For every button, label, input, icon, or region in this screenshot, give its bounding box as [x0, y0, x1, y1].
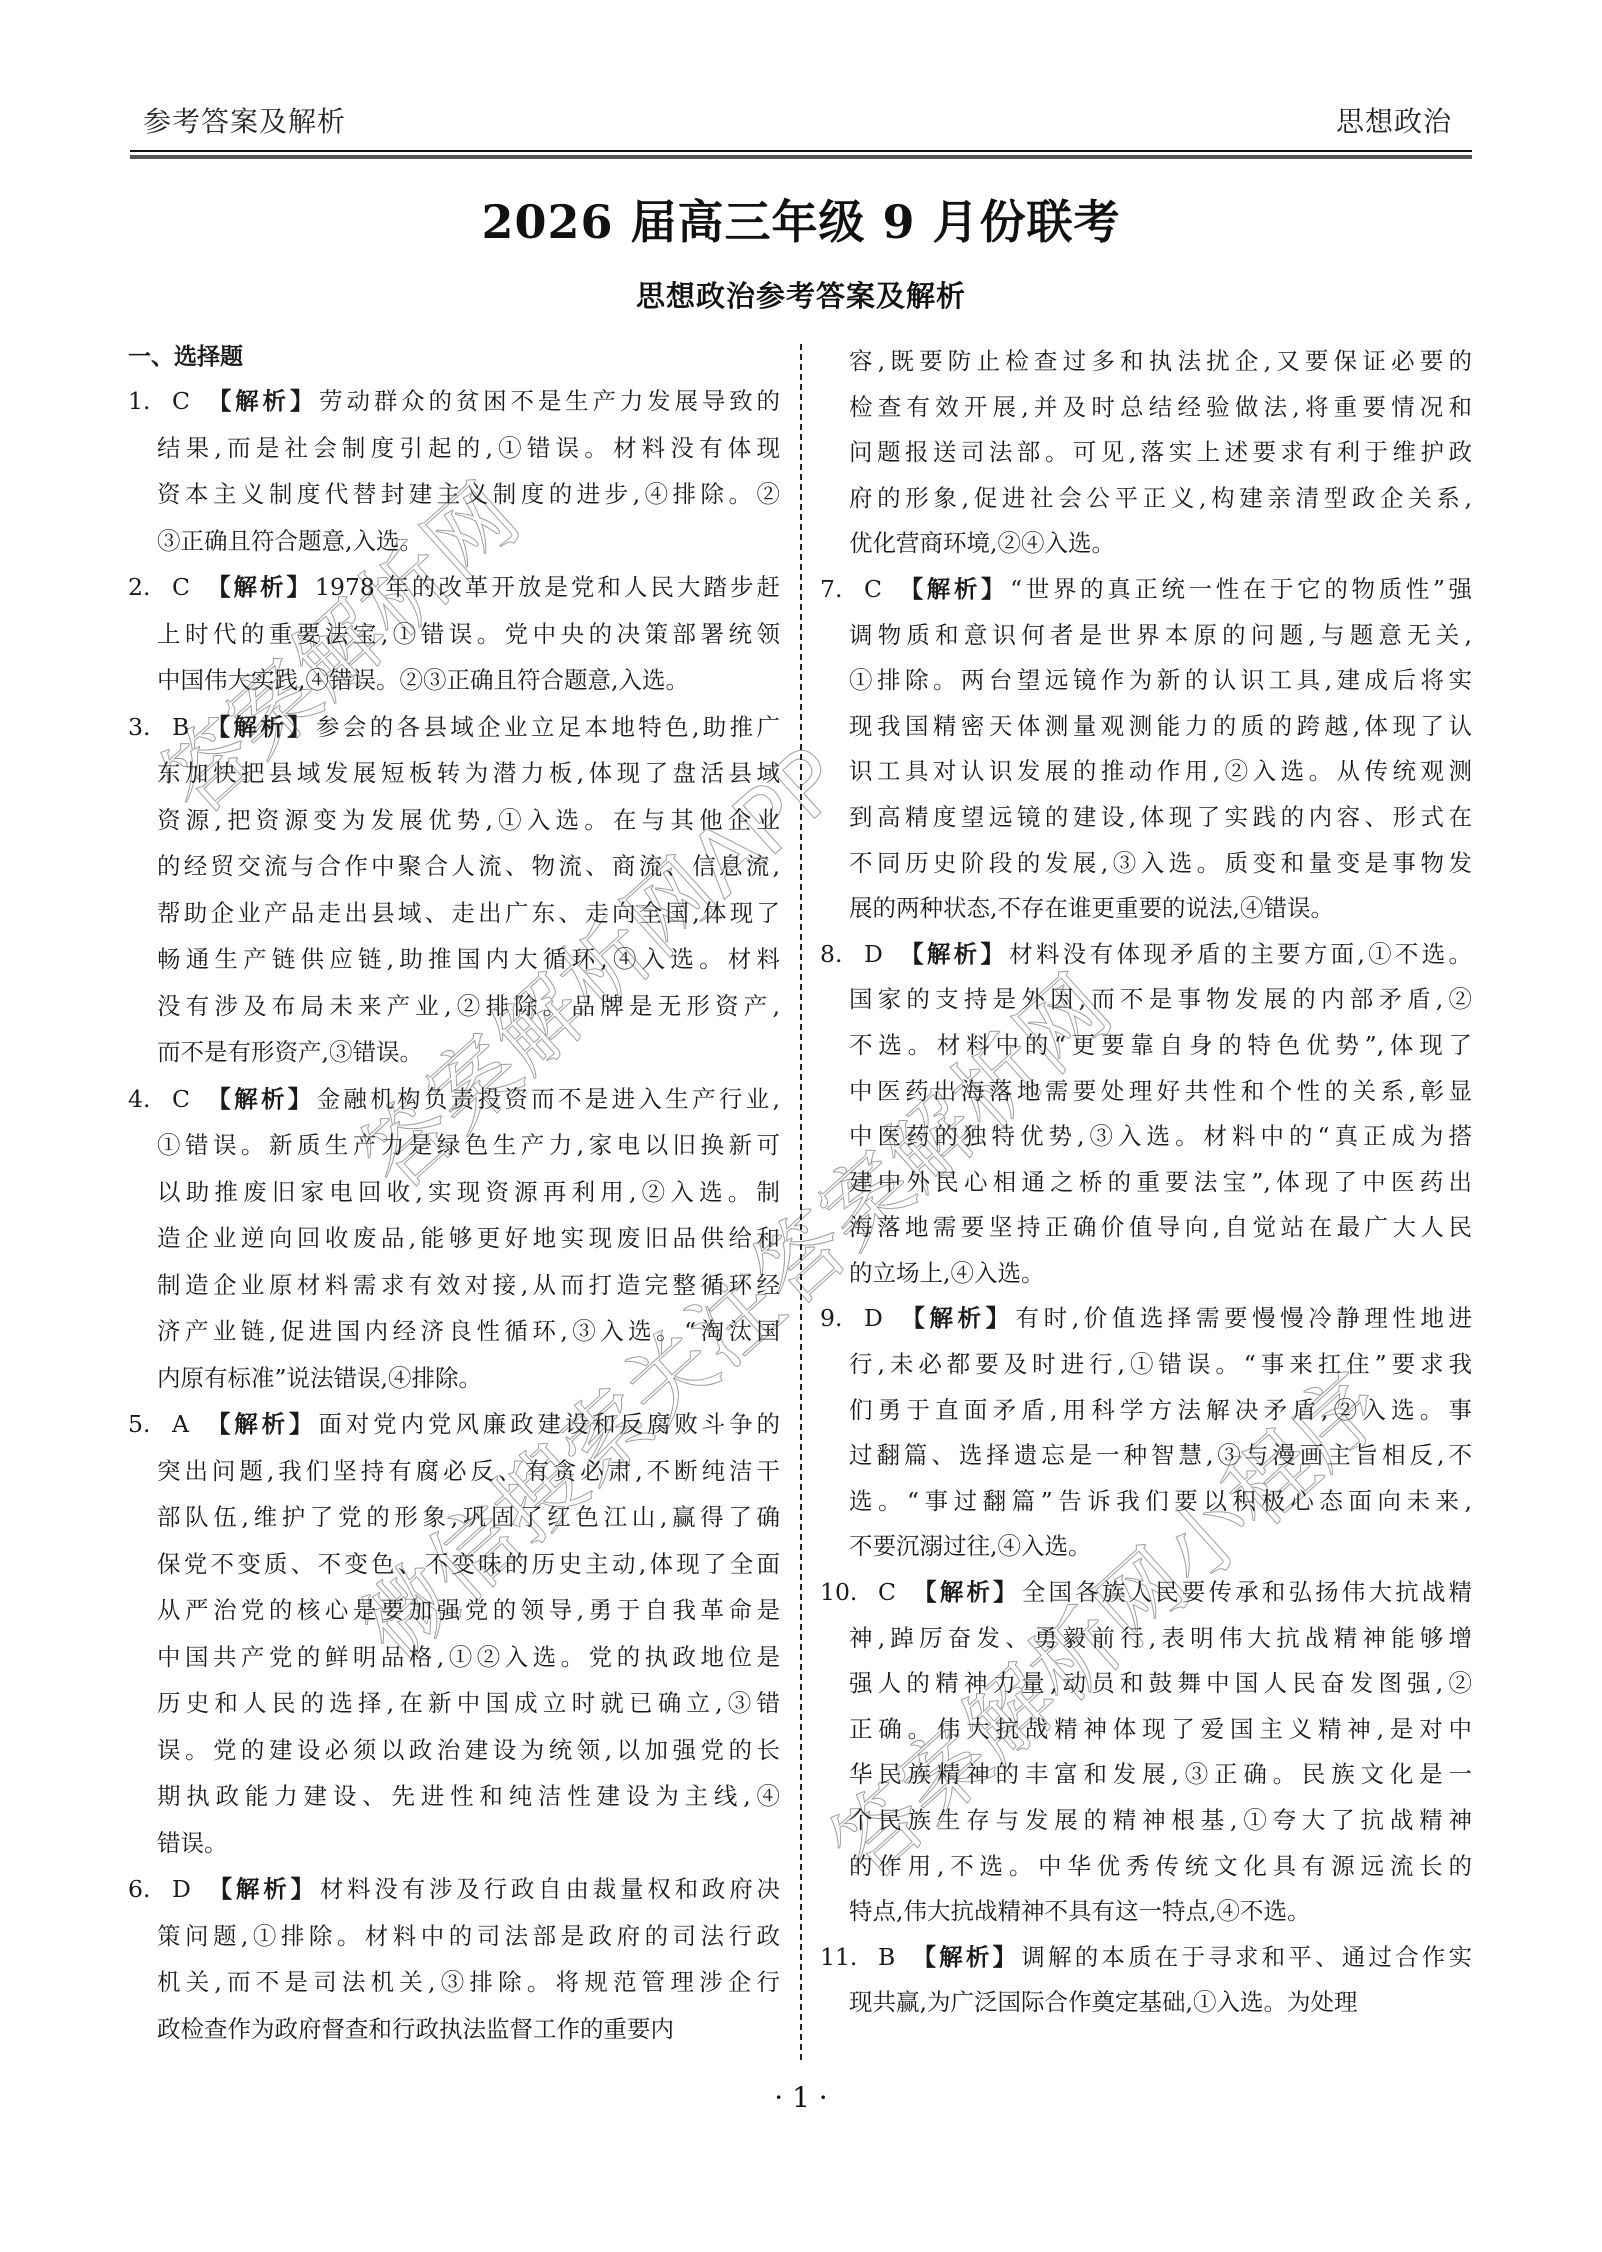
question-number: 1.	[128, 378, 172, 425]
line-text: 识工具对认识发展的推动作用,②入选。从传统观测	[849, 757, 1472, 785]
line-text: 的作用,不选。中华优秀传统文化具有源远流长的	[849, 1852, 1472, 1880]
analysis-tag: 【解析】	[897, 1304, 1014, 1332]
analysis-tag: 【解析】	[205, 1875, 318, 1903]
text-line: 以助推废旧家电回收,实现资源再利用,②入选。制	[128, 1169, 780, 1216]
analysis-tag: 【解析】	[910, 1578, 1020, 1606]
text-line: 错误。	[128, 1820, 780, 1867]
answer-letter: B	[172, 713, 189, 741]
line-text: 行,未必都要及时进行,①错误。“事来扛住”要求我	[849, 1350, 1472, 1378]
text-line: 过翻篇、选择遗忘是一种智慧,③与漫画主旨相反,不	[820, 1433, 1472, 1479]
text-line: 选。“事过翻篇”告诉我们要以积极心态面向未来,	[820, 1479, 1472, 1525]
line-text: 济产业链,促进国内经济良性循环,③入选。“淘汰国	[157, 1317, 780, 1345]
line-text: 不要沉溺过往,④入选。	[849, 1532, 1091, 1560]
answer-item: 1.C【解析】劳动群众的贫困不是生产力发展导致的结果,而是社会制度引起的,①错误…	[128, 378, 780, 564]
line-text: 期执政能力建设、先进性和纯洁性建设为主线,④	[157, 1782, 780, 1810]
question-number: 8.	[820, 932, 864, 978]
text-line: 不同历史阶段的发展,③入选。质变和量变是事物发	[820, 841, 1472, 887]
answer-letter: D	[172, 1875, 191, 1903]
analysis-tag: 【解析】	[896, 575, 1008, 603]
section-heading: 一、选择题	[128, 336, 780, 378]
line-text: 材料没有体现矛盾的主要方面,①不选。	[1009, 940, 1472, 968]
line-text: 选。“事过翻篇”告诉我们要以积极心态面向未来,	[849, 1487, 1472, 1515]
line-text: 历史和人民的选择,在新中国成立时就已确立,③错	[157, 1689, 780, 1717]
answer-item: 11.B【解析】调解的本质在于寻求和平、通过合作实现共赢,为广泛国际合作奠定基础…	[820, 1935, 1472, 2026]
text-line: 特点,伟大抗战精神不具有这一特点,④不选。	[820, 1889, 1472, 1935]
line-text: 而不是有形资产,③错误。	[157, 1038, 423, 1066]
text-line: 识工具对认识发展的推动作用,②入选。从传统观测	[820, 749, 1472, 795]
text-line: 保党不变质、不变色、不变味的历史主动,体现了全面	[128, 1541, 780, 1588]
text-line: 们勇于直面矛盾,用科学方法解决矛盾,②入选。事	[820, 1388, 1472, 1434]
text-line: 结果,而是社会制度引起的,①错误。材料没有体现	[128, 425, 780, 472]
text-line: 中医药出海落地需要处理好共性和个性的关系,彰显	[820, 1069, 1472, 1115]
text-line: 造企业逆向回收废品,能够更好地实现废旧品供给和	[128, 1215, 780, 1262]
line-text: 调物质和意识何者是世界本原的问题,与题意无关,	[849, 621, 1472, 649]
question-number: 7.	[820, 567, 864, 613]
text-line: 帮助企业产品走出县域、走出广东、走向全国,体现了	[128, 890, 780, 937]
line-text: 帮助企业产品走出县域、走出广东、走向全国,体现了	[157, 899, 780, 927]
line-text: 中医药的独特优势,③入选。材料中的“真正成为搭	[849, 1122, 1472, 1150]
header-rule-thick	[130, 155, 1472, 159]
text-line: 华民族精神的丰富和发展,③正确。民族文化是一	[820, 1752, 1472, 1798]
line-text: 金融机构负责投资而不是进入生产行业,	[317, 1085, 780, 1113]
question-number: 3.	[128, 704, 172, 751]
question-number: 2.	[128, 564, 172, 611]
text-line: 问题报送司法部。可见,落实上述要求有利于维护政	[820, 430, 1472, 476]
text-line: 现我国精密天体测量观测能力的质的跨越,体现了认	[820, 704, 1472, 750]
answer-letter: C	[172, 1085, 190, 1113]
text-line: 济产业链,促进国内经济良性循环,③入选。“淘汰国	[128, 1308, 780, 1355]
answer-item: 4.C【解析】金融机构负责投资而不是进入生产行业,①错误。新质生产力是绿色生产力…	[128, 1076, 780, 1402]
line-text: 调解的本质在于寻求和平、通过合作实	[1021, 1943, 1472, 1971]
answer-item: 5.A【解析】面对党内党风廉政建设和反腐败斗争的突出问题,我们坚持有腐必反、有贪…	[128, 1401, 780, 1866]
line-text: 不选。材料中的“更要靠自身的特色优势”,体现了	[849, 1031, 1472, 1059]
line-text: 有时,价值选择需要慢慢冷静理性地进	[1016, 1304, 1472, 1332]
text-line: 期执政能力建设、先进性和纯洁性建设为主线,④	[128, 1773, 780, 1820]
text-line: 从严治党的核心是要加强党的领导,勇于自我革命是	[128, 1587, 780, 1634]
text-line: 正确。伟大抗战精神体现了爱国主义精神,是对中	[820, 1707, 1472, 1753]
line-text: 材料没有涉及行政自由裁量权和政府决	[320, 1875, 780, 1903]
analysis-tag: 【解析】	[204, 573, 313, 601]
line-text: 机关,而不是司法机关,③排除。将规范管理涉企行	[157, 1968, 780, 1996]
text-line: 府的形象,促进社会公平正义,构建亲清型政企关系,	[820, 476, 1472, 522]
line-text: 海落地需要坚持正确价值导向,自觉站在最广大人民	[849, 1213, 1472, 1241]
text-line: 政检查作为政府督查和行政执法监督工作的重要内	[128, 2006, 780, 2053]
text-line: 历史和人民的选择,在新中国成立时就已确立,③错	[128, 1680, 780, 1727]
question-number: 9.	[820, 1296, 864, 1342]
text-line: 4.C【解析】金融机构负责投资而不是进入生产行业,	[128, 1076, 780, 1123]
answer-letter: D	[864, 940, 883, 968]
line-text: 1978 年的改革开放是党和人民大踏步赶	[315, 573, 780, 601]
answer-item-continuation: 容,既要防止检查过多和执法扰企,又要保证必要的检查有效开展,并及时总结经验做法,…	[820, 339, 1472, 567]
answer-item: 3.B【解析】参会的各县域企业立足本地特色,助推广东加快把县域发展短板转为潜力板…	[128, 704, 780, 1076]
line-text: 没有涉及布局未来产业,②排除。品牌是无形资产,	[157, 992, 780, 1020]
question-number: 10.	[820, 1570, 878, 1616]
line-text: 现共赢,为广泛国际合作奠定基础,①入选。为处理	[849, 1988, 1357, 2016]
answer-letter: B	[878, 1943, 895, 1971]
answer-letter: D	[864, 1304, 883, 1332]
answer-item: 9.D【解析】有时,价值选择需要慢慢冷静理性地进行,未必都要及时进行,①错误。“…	[820, 1296, 1472, 1570]
running-header-right: 思想政治	[1336, 104, 1452, 140]
text-line: 9.D【解析】有时,价值选择需要慢慢冷静理性地进	[820, 1296, 1472, 1342]
text-line: 内原有标准”说法错误,④排除。	[128, 1355, 780, 1402]
line-text: 检查有效开展,并及时总结经验做法,将重要情况和	[849, 393, 1472, 421]
line-text: 参会的各县域企业立足本地特色,助推广	[316, 713, 780, 741]
line-text: 保党不变质、不变色、不变味的历史主动,体现了全面	[157, 1550, 780, 1578]
line-text: 以助推废旧家电回收,实现资源再利用,②入选。制	[157, 1178, 780, 1206]
text-line: 误。党的建设必须以政治建设为统领,以加强党的长	[128, 1727, 780, 1774]
text-line: 中医药的独特优势,③入选。材料中的“真正成为搭	[820, 1114, 1472, 1160]
text-line: 海落地需要坚持正确价值导向,自觉站在最广大人民	[820, 1205, 1472, 1251]
line-text: 建中外民心相通之桥的重要法宝”,体现了中医药出	[849, 1168, 1472, 1196]
left-column: 一、选择题 1.C【解析】劳动群众的贫困不是生产力发展导致的结果,而是社会制度引…	[128, 336, 780, 2052]
line-text: 从严治党的核心是要加强党的领导,勇于自我革命是	[157, 1596, 780, 1624]
answer-item: 8.D【解析】材料没有体现矛盾的主要方面,①不选。国家的支持是外因,而不是事物发…	[820, 932, 1472, 1297]
line-text: 上时代的重要法宝,①错误。党中央的决策部署统领	[157, 620, 780, 648]
line-text: 现我国精密天体测量观测能力的质的跨越,体现了认	[849, 712, 1472, 740]
analysis-tag: 【解析】	[897, 940, 1007, 968]
text-line: 不选。材料中的“更要靠自身的特色优势”,体现了	[820, 1023, 1472, 1069]
text-line: 容,既要防止检查过多和执法扰企,又要保证必要的	[820, 339, 1472, 385]
line-text: 不同历史阶段的发展,③入选。质变和量变是事物发	[849, 849, 1472, 877]
line-text: 面对党内党风廉政建设和反腐败斗争的	[318, 1410, 780, 1438]
line-text: 全国各族人民要传承和弘扬伟大抗战精	[1022, 1578, 1472, 1606]
line-text: “世界的真正统一性在于它的物质性”强	[1010, 575, 1472, 603]
line-text: 部队伍,维护了党的形象,巩固了红色江山,赢得了确	[157, 1503, 780, 1531]
text-line: 6.D【解析】材料没有涉及行政自由裁量权和政府决	[128, 1866, 780, 1913]
text-line: 不要沉溺过往,④入选。	[820, 1524, 1472, 1570]
text-line: 资源,把资源变为发展优势,①入选。在与其他企业	[128, 797, 780, 844]
line-text: 造企业逆向回收废品,能够更好地实现废旧品供给和	[157, 1224, 780, 1252]
text-line: 8.D【解析】材料没有体现矛盾的主要方面,①不选。	[820, 932, 1472, 978]
line-text: 到高精度望远镜的建设,体现了实践的内容、形式在	[849, 803, 1472, 831]
line-text: 优化营商环境,②④入选。	[849, 529, 1115, 557]
line-text: 突出问题,我们坚持有腐必反、有贪必肃,不断纯洁干	[157, 1457, 780, 1485]
line-text: 特点,伟大抗战精神不具有这一特点,④不选。	[849, 1897, 1310, 1925]
line-text: 神,踔厉奋发、勇毅前行,表明伟大抗战精神能够增	[849, 1624, 1472, 1652]
answer-letter: C	[172, 387, 190, 415]
line-text: 东加快把县域发展短板转为潜力板,体现了盘活县域	[157, 759, 780, 787]
question-number: 6.	[128, 1866, 172, 1913]
page-title: 2026 届高三年级 9 月份联考	[0, 192, 1602, 252]
line-text: 中国伟大实践,④错误。②③正确且符合题意,入选。	[157, 666, 689, 694]
text-line: ③正确且符合题意,入选。	[128, 518, 780, 565]
text-line: 资本主义制度代替封建主义制度的进步,④排除。②	[128, 471, 780, 518]
line-text: 结果,而是社会制度引起的,①错误。材料没有体现	[157, 434, 780, 462]
analysis-tag: 【解析】	[203, 713, 314, 741]
line-text: 府的形象,促进社会公平正义,构建亲清型政企关系,	[849, 484, 1472, 512]
text-line: 5.A【解析】面对党内党风廉政建设和反腐败斗争的	[128, 1401, 780, 1448]
line-text: 展的两种状态,不存在谁更重要的说法,④错误。	[849, 894, 1334, 922]
text-line: 中国伟大实践,④错误。②③正确且符合题意,入选。	[128, 657, 780, 704]
line-text: 的立场上,④入选。	[849, 1259, 1044, 1287]
question-number: 5.	[128, 1401, 172, 1448]
line-text: 正确。伟大抗战精神体现了爱国主义精神,是对中	[849, 1715, 1472, 1743]
text-line: 而不是有形资产,③错误。	[128, 1029, 780, 1076]
text-line: 调物质和意识何者是世界本原的问题,与题意无关,	[820, 613, 1472, 659]
line-text: 国家的支持是外因,而不是事物发展的内部矛盾,②	[849, 985, 1472, 1013]
text-line: 部队伍,维护了党的形象,巩固了红色江山,赢得了确	[128, 1494, 780, 1541]
question-number: 11.	[820, 1935, 878, 1981]
line-text: 错误。	[157, 1829, 228, 1857]
line-text: ①错误。新质生产力是绿色生产力,家电以旧换新可	[157, 1131, 780, 1159]
line-text: 误。党的建设必须以政治建设为统领,以加强党的长	[157, 1736, 780, 1764]
line-text: 策问题,①排除。材料中的司法部是政府的司法行政	[157, 1922, 780, 1950]
answer-list-left: 1.C【解析】劳动群众的贫困不是生产力发展导致的结果,而是社会制度引起的,①错误…	[128, 378, 780, 2052]
text-line: 展的两种状态,不存在谁更重要的说法,④错误。	[820, 886, 1472, 932]
text-line: 畅通生产链供应链,助推国内大循环,④入选。材料	[128, 936, 780, 983]
text-line: 3.B【解析】参会的各县域企业立足本地特色,助推广	[128, 704, 780, 751]
text-line: 的经贸交流与合作中聚合人流、物流、商流、信息流,	[128, 843, 780, 890]
line-text: 问题报送司法部。可见,落实上述要求有利于维护政	[849, 438, 1472, 466]
text-line: 检查有效开展,并及时总结经验做法,将重要情况和	[820, 385, 1472, 431]
text-line: 制造企业原材料需求有效对接,从而打造完整循环经	[128, 1262, 780, 1309]
text-line: 的作用,不选。中华优秀传统文化具有源远流长的	[820, 1844, 1472, 1890]
text-line: 突出问题,我们坚持有腐必反、有贪必肃,不断纯洁干	[128, 1448, 780, 1495]
answer-letter: C	[172, 573, 190, 601]
page-number: · 1 ·	[0, 2080, 1602, 2116]
line-text: 中国共产党的鲜明品格,①②入选。党的执政地位是	[157, 1643, 780, 1671]
text-line: 10.C【解析】全国各族人民要传承和弘扬伟大抗战精	[820, 1570, 1472, 1616]
line-text: 内原有标准”说法错误,④排除。	[157, 1364, 482, 1392]
page-subtitle: 思想政治参考答案及解析	[0, 276, 1602, 316]
line-text: 华民族精神的丰富和发展,③正确。民族文化是一	[849, 1760, 1472, 1788]
text-line: 2.C【解析】1978 年的改革开放是党和人民大踏步赶	[128, 564, 780, 611]
answer-letter: C	[878, 1578, 896, 1606]
line-text: 资源,把资源变为发展优势,①入选。在与其他企业	[157, 806, 780, 834]
line-text: 资本主义制度代替封建主义制度的进步,④排除。②	[157, 480, 780, 508]
header-rule-thin	[130, 150, 1472, 152]
line-text: 政检查作为政府督查和行政执法监督工作的重要内	[157, 2015, 674, 2043]
text-line: 没有涉及布局未来产业,②排除。品牌是无形资产,	[128, 983, 780, 1030]
running-header-left: 参考答案及解析	[143, 104, 346, 140]
column-divider	[800, 344, 802, 2060]
analysis-tag: 【解析】	[909, 1943, 1019, 1971]
text-line: 的立场上,④入选。	[820, 1251, 1472, 1297]
line-text: 畅通生产链供应链,助推国内大循环,④入选。材料	[157, 945, 780, 973]
answer-item: 6.D【解析】材料没有涉及行政自由裁量权和政府决策问题,①排除。材料中的司法部是…	[128, 1866, 780, 2052]
line-text: 的经贸交流与合作中聚合人流、物流、商流、信息流,	[157, 852, 780, 880]
line-text: 劳动群众的贫困不是生产力发展导致的	[319, 387, 780, 415]
text-line: 11.B【解析】调解的本质在于寻求和平、通过合作实	[820, 1935, 1472, 1981]
text-line: 建中外民心相通之桥的重要法宝”,体现了中医药出	[820, 1160, 1472, 1206]
line-text: 们勇于直面矛盾,用科学方法解决矛盾,②入选。事	[849, 1396, 1472, 1424]
text-line: 策问题,①排除。材料中的司法部是政府的司法行政	[128, 1913, 780, 1960]
analysis-tag: 【解析】	[204, 1085, 315, 1113]
line-text: 强人的精神力量,动员和鼓舞中国人民奋发图强,②	[849, 1669, 1472, 1697]
text-line: ①错误。新质生产力是绿色生产力,家电以旧换新可	[128, 1122, 780, 1169]
text-line: 现共赢,为广泛国际合作奠定基础,①入选。为处理	[820, 1980, 1472, 2026]
line-text: 个民族生存与发展的精神根基,①夸大了抗战精神	[849, 1806, 1472, 1834]
text-line: 中国共产党的鲜明品格,①②入选。党的执政地位是	[128, 1634, 780, 1681]
text-line: 国家的支持是外因,而不是事物发展的内部矛盾,②	[820, 977, 1472, 1023]
line-text: ①排除。两台望远镜作为新的认识工具,建成后将实	[849, 666, 1472, 694]
line-text: 过翻篇、选择遗忘是一种智慧,③与漫画主旨相反,不	[849, 1441, 1472, 1469]
question-number: 4.	[128, 1076, 172, 1123]
analysis-tag: 【解析】	[204, 387, 317, 415]
answer-letter: A	[172, 1410, 189, 1438]
text-line: 优化营商环境,②④入选。	[820, 521, 1472, 567]
analysis-tag: 【解析】	[203, 1410, 316, 1438]
text-line: 机关,而不是司法机关,③排除。将规范管理涉企行	[128, 1959, 780, 2006]
text-line: ①排除。两台望远镜作为新的认识工具,建成后将实	[820, 658, 1472, 704]
answer-list-right: 容,既要防止检查过多和执法扰企,又要保证必要的检查有效开展,并及时总结经验做法,…	[820, 339, 1472, 2026]
text-line: 强人的精神力量,动员和鼓舞中国人民奋发图强,②	[820, 1661, 1472, 1707]
answer-letter: C	[864, 575, 882, 603]
text-line: 个民族生存与发展的精神根基,①夸大了抗战精神	[820, 1798, 1472, 1844]
text-line: 上时代的重要法宝,①错误。党中央的决策部署统领	[128, 611, 780, 658]
answer-item: 10.C【解析】全国各族人民要传承和弘扬伟大抗战精神,踔厉奋发、勇毅前行,表明伟…	[820, 1570, 1472, 1935]
line-text: 制造企业原材料需求有效对接,从而打造完整循环经	[157, 1271, 780, 1299]
text-line: 1.C【解析】劳动群众的贫困不是生产力发展导致的	[128, 378, 780, 425]
text-line: 东加快把县域发展短板转为潜力板,体现了盘活县域	[128, 750, 780, 797]
line-text: 容,既要防止检查过多和执法扰企,又要保证必要的	[849, 347, 1472, 375]
text-line: 7.C【解析】“世界的真正统一性在于它的物质性”强	[820, 567, 1472, 613]
answer-item: 7.C【解析】“世界的真正统一性在于它的物质性”强调物质和意识何者是世界本原的问…	[820, 567, 1472, 932]
line-text: ③正确且符合题意,入选。	[157, 527, 423, 555]
text-line: 行,未必都要及时进行,①错误。“事来扛住”要求我	[820, 1342, 1472, 1388]
right-column: 容,既要防止检查过多和执法扰企,又要保证必要的检查有效开展,并及时总结经验做法,…	[820, 339, 1472, 2026]
text-line: 到高精度望远镜的建设,体现了实践的内容、形式在	[820, 795, 1472, 841]
text-line: 神,踔厉奋发、勇毅前行,表明伟大抗战精神能够增	[820, 1616, 1472, 1662]
line-text: 中医药出海落地需要处理好共性和个性的关系,彰显	[849, 1077, 1472, 1105]
answer-item: 2.C【解析】1978 年的改革开放是党和人民大踏步赶上时代的重要法宝,①错误。…	[128, 564, 780, 704]
